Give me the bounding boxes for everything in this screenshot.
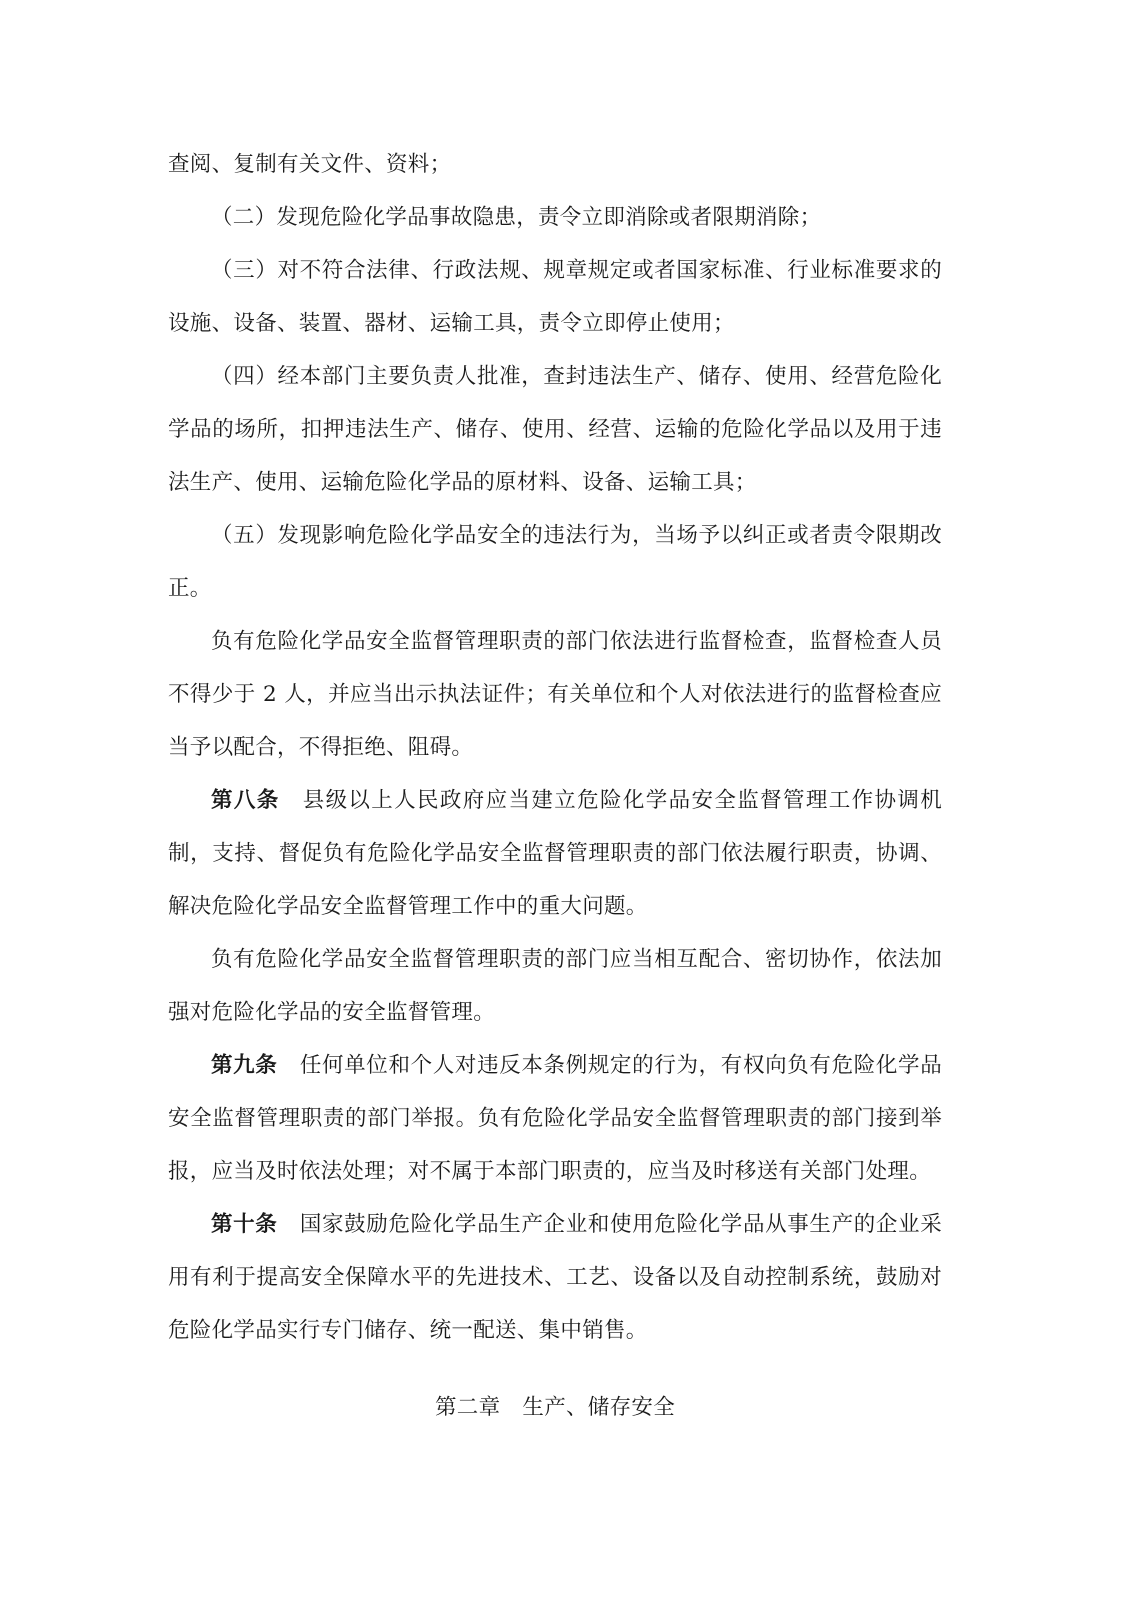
article-8-text: 县级以上人民政府应当建立危险化学品安全监督管理工作协调机制，支持、督促负有危险化… <box>168 788 942 919</box>
paragraph-item-3: （三）对不符合法律、行政法规、规章规定或者国家标准、行业标准要求的设施、设备、装… <box>168 244 942 350</box>
article-10-text: 国家鼓励危险化学品生产企业和使用危险化学品从事生产的企业采用有利于提高安全保障水… <box>168 1212 942 1343</box>
chapter-number: 第二章 <box>435 1395 500 1420</box>
article-8-label: 第八条 <box>211 788 280 813</box>
article-10: 第十条国家鼓励危险化学品生产企业和使用危险化学品从事生产的企业采用有利于提高安全… <box>168 1198 942 1357</box>
article-9-text: 任何单位和个人对违反本条例规定的行为，有权向负有危险化学品安全监督管理职责的部门… <box>168 1053 942 1184</box>
article-8-paragraph-2: 负有危险化学品安全监督管理职责的部门应当相互配合、密切协作，依法加强对危险化学品… <box>168 933 942 1039</box>
paragraph-continuation: 查阅、复制有关文件、资料； <box>168 138 942 191</box>
article-8: 第八条县级以上人民政府应当建立危险化学品安全监督管理工作协调机制，支持、督促负有… <box>168 774 942 933</box>
paragraph-inspection-rule: 负有危险化学品安全监督管理职责的部门依法进行监督检查，监督检查人员不得少于 2 … <box>168 615 942 774</box>
document-page: 查阅、复制有关文件、资料； （二）发现危险化学品事故隐患，责令立即消除或者限期消… <box>168 138 942 1434</box>
article-9-label: 第九条 <box>211 1053 277 1078</box>
article-9: 第九条任何单位和个人对违反本条例规定的行为，有权向负有危险化学品安全监督管理职责… <box>168 1039 942 1198</box>
article-10-label: 第十条 <box>211 1212 277 1237</box>
paragraph-item-5: （五）发现影响危险化学品安全的违法行为，当场予以纠正或者责令限期改正。 <box>168 509 942 615</box>
paragraph-item-4: （四）经本部门主要负责人批准，查封违法生产、储存、使用、经营危险化学品的场所，扣… <box>168 350 942 509</box>
paragraph-item-2: （二）发现危险化学品事故隐患，责令立即消除或者限期消除； <box>168 191 942 244</box>
chapter-title: 生产、储存安全 <box>522 1395 675 1420</box>
chapter-heading: 第二章生产、储存安全 <box>168 1381 942 1434</box>
